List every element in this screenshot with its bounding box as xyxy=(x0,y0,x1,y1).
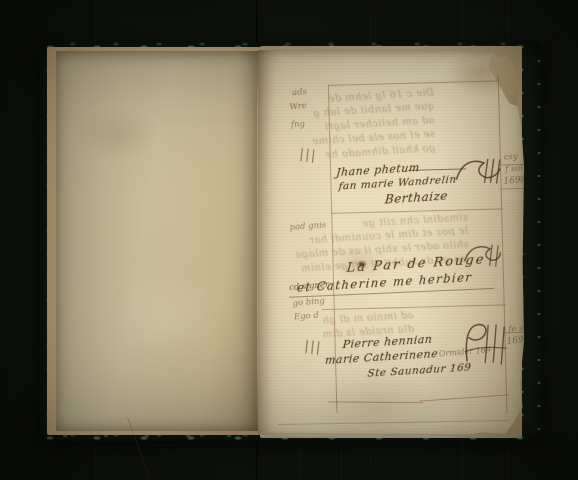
manuscript-right-page: Die c 16 lg lehm de que me lanbil de lah… xyxy=(258,50,524,438)
marginal-note: csy xyxy=(503,152,518,163)
paraph-flourish xyxy=(454,156,507,187)
paraph-flourish xyxy=(458,320,509,367)
marginal-note: ads xyxy=(292,87,308,98)
manuscript-line: Berthaize xyxy=(384,189,448,207)
margin-cell-line xyxy=(501,188,527,190)
backdrop-scratch xyxy=(341,442,342,480)
paraph-flourish xyxy=(462,242,503,269)
marginal-note: Ego d xyxy=(294,311,320,323)
manuscript-writing-area: Die c 16 lg lehm de que me lanbil de lah… xyxy=(255,46,531,441)
marginal-note: f sol xyxy=(505,163,524,174)
ink-frame-top xyxy=(328,80,498,85)
backdrop-scratch xyxy=(300,445,301,480)
tally-marks: ||| xyxy=(302,339,321,356)
ink-frame-divider xyxy=(322,304,506,310)
ink-frame-bottom xyxy=(419,394,509,401)
tally-marks: ||| xyxy=(297,147,316,164)
manuscript-line: Ste Saunadur 169 xyxy=(367,361,472,379)
photo-backdrop: Die c 16 lg lehm de que me lanbil de lah… xyxy=(0,0,578,480)
ink-frame-divider xyxy=(331,208,503,214)
year-note: 1698 xyxy=(503,175,527,187)
marginal-note: fng xyxy=(291,119,306,130)
blank-left-page xyxy=(56,51,258,431)
marginal-note: Wre xyxy=(289,101,307,112)
ink-frame-bottom xyxy=(328,401,423,403)
page-crease xyxy=(127,417,150,477)
marginal-note: go bing xyxy=(292,296,325,309)
